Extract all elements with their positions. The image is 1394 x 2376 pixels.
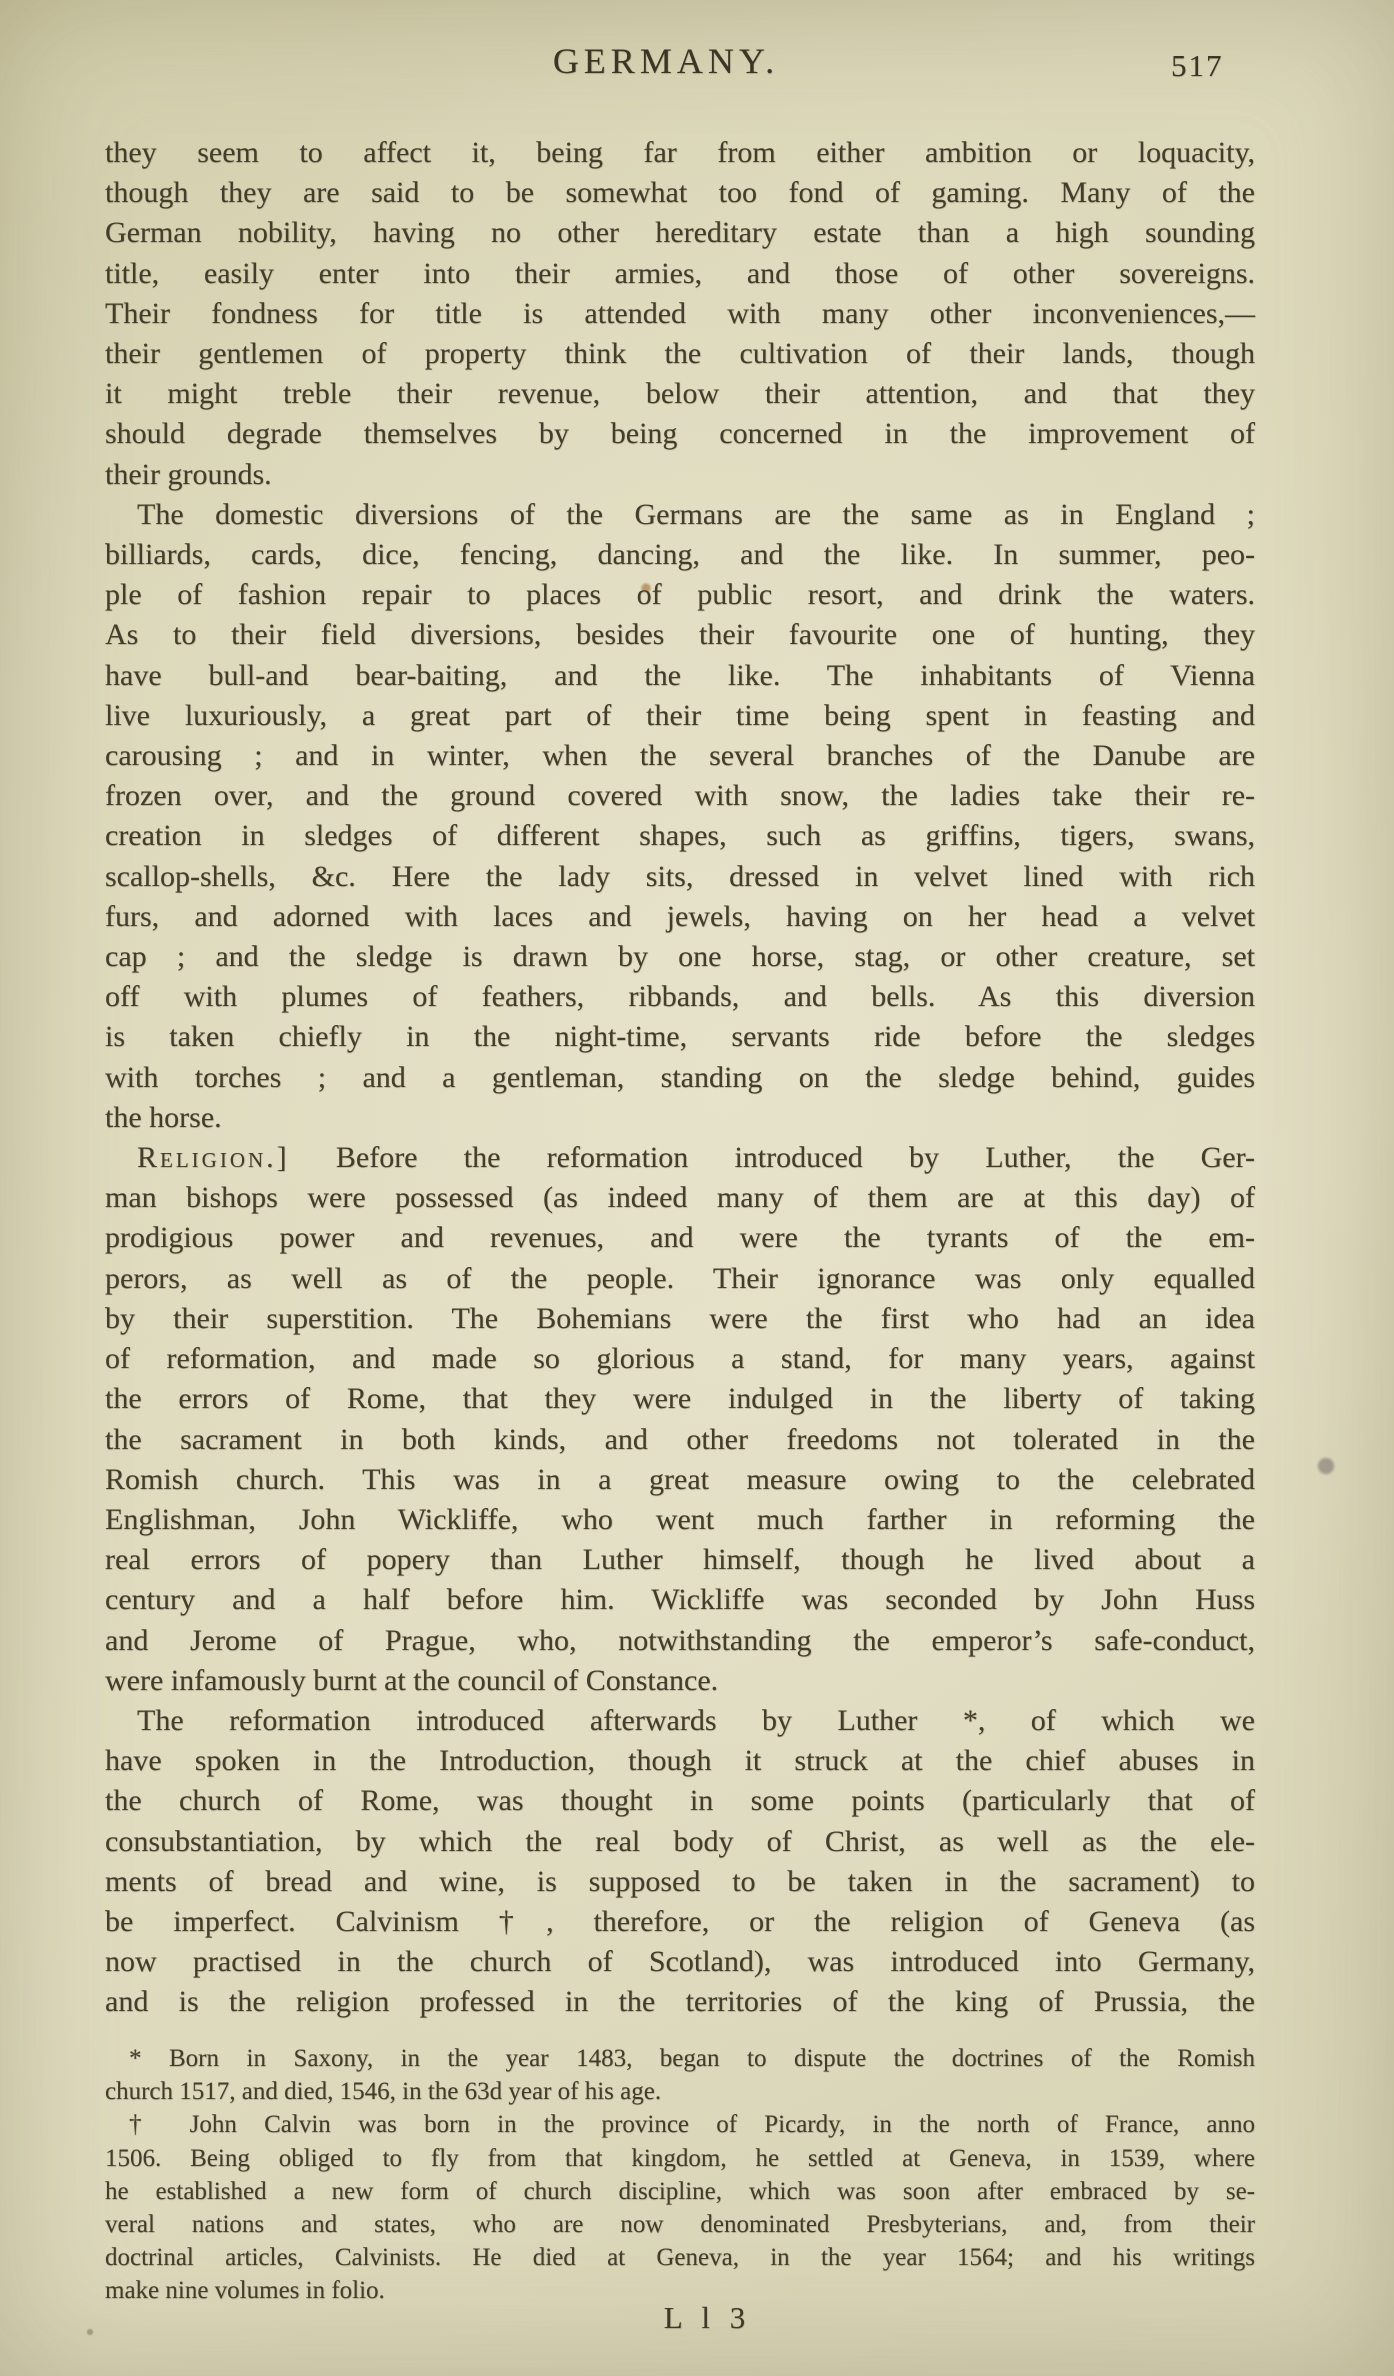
running-title: GERMANY. [105,40,1255,82]
text-line: frozen over, and the ground covered with… [105,776,1255,816]
text-line: he established a new form of church disc… [105,2175,1255,2208]
text-line: should degrade themselves by being conce… [105,414,1255,454]
text-line: the sacrament in both kinds, and other f… [105,1420,1255,1460]
text-line: prodigious power and revenues, and were … [105,1218,1255,1258]
text-line: The domestic diversions of the Germans a… [105,495,1255,535]
text-line: carousing ; and in winter, when the seve… [105,736,1255,776]
text-line: The reformation introduced afterwards by… [105,1701,1255,1741]
text-line: cap ; and the sledge is drawn by one hor… [105,937,1255,977]
text-line: * Born in Saxony, in the year 1483, bega… [105,2042,1255,2075]
text-line: have bull-and bear-baiting, and the like… [105,656,1255,696]
text-line: furs, and adorned with laces and jewels,… [105,897,1255,937]
signature-mark: L l 3 [105,2300,1255,2336]
text-line: be imperfect. Calvinism †, therefore, or… [105,1902,1255,1942]
text-line: church 1517, and died, 1546, in the 63d … [105,2075,1255,2108]
text-line: though they are said to be somewhat too … [105,173,1255,213]
text-line: century and a half before him. Wickliffe… [105,1580,1255,1620]
section-heading: Religion.] [137,1141,290,1174]
text-line: perors, as well as of the people. Their … [105,1259,1255,1299]
text-line: the errors of Rome, that they were indul… [105,1379,1255,1419]
text-line: As to their field diversions, besides th… [105,615,1255,655]
footnotes: * Born in Saxony, in the year 1483, bega… [105,2042,1255,2308]
text-line: the horse. [105,1098,1255,1138]
paragraph: The domestic diversions of the Germans a… [105,495,1255,1138]
text-line: their gentlemen of property think the cu… [105,334,1255,374]
text-line: and Jerome of Prague, who, notwithstandi… [105,1621,1255,1661]
text-line: Their fondness for title is attended wit… [105,294,1255,334]
text-line: ments of bread and wine, is supposed to … [105,1862,1255,1902]
page-number: 517 [1171,48,1224,84]
text-line: doctrinal articles, Calvinists. He died … [105,2241,1255,2274]
text-line: title, easily enter into their armies, a… [105,254,1255,294]
paragraph: * Born in Saxony, in the year 1483, bega… [105,2042,1255,2108]
text-line: live luxuriously, a great part of their … [105,696,1255,736]
text-line: the church of Rome, was thought in some … [105,1781,1255,1821]
text-line: of reformation, and made so glorious a s… [105,1339,1255,1379]
text-line: scallop-shells, &c. Here the lady sits, … [105,857,1255,897]
text-line: they seem to affect it, being far from e… [105,133,1255,173]
text-line: is taken chiefly in the night-time, serv… [105,1017,1255,1057]
text-line: Romish church. This was in a great measu… [105,1460,1255,1500]
text-line: now practised in the church of Scotland)… [105,1942,1255,1982]
book-page: GERMANY. 517 they seem to affect it, bei… [0,0,1394,2376]
text-line: their grounds. [105,455,1255,495]
text-line: by their superstition. The Bohemians wer… [105,1299,1255,1339]
text-line: and is the religion professed in the ter… [105,1982,1255,2022]
text-line: man bishops were possessed (as indeed ma… [105,1178,1255,1218]
paragraph: The reformation introduced afterwards by… [105,1701,1255,2023]
text-line: were infamously burnt at the council of … [105,1661,1255,1701]
text-line: veral nations and states, who are now de… [105,2208,1255,2241]
text-line: † John Calvin was born in the province o… [105,2108,1255,2141]
text-line: real errors of popery than Luther himsel… [105,1540,1255,1580]
text-line: 1506. Being obliged to fly from that kin… [105,2142,1255,2175]
text-line: Englishman, John Wickliffe, who went muc… [105,1500,1255,1540]
paragraph: † John Calvin was born in the province o… [105,2108,1255,2307]
text-line: with torches ; and a gentleman, standing… [105,1058,1255,1098]
text-line: have spoken in the Introduction, though … [105,1741,1255,1781]
text-line: Religion.] Before the reformation introd… [105,1138,1255,1178]
body-text: they seem to affect it, being far from e… [105,133,1255,2023]
text-line: German nobility, having no other heredit… [105,213,1255,253]
paragraph: they seem to affect it, being far from e… [105,133,1255,495]
text-line: off with plumes of feathers, ribbands, a… [105,977,1255,1017]
text-line: it might treble their revenue, below the… [105,374,1255,414]
text-line: ple of fashion repair to places of publi… [105,575,1255,615]
text-line: consubstantiation, by which the real bod… [105,1822,1255,1862]
text-line: creation in sledges of different shapes,… [105,816,1255,856]
text-line: billiards, cards, dice, fencing, dancing… [105,535,1255,575]
paragraph: Religion.] Before the reformation introd… [105,1138,1255,1701]
